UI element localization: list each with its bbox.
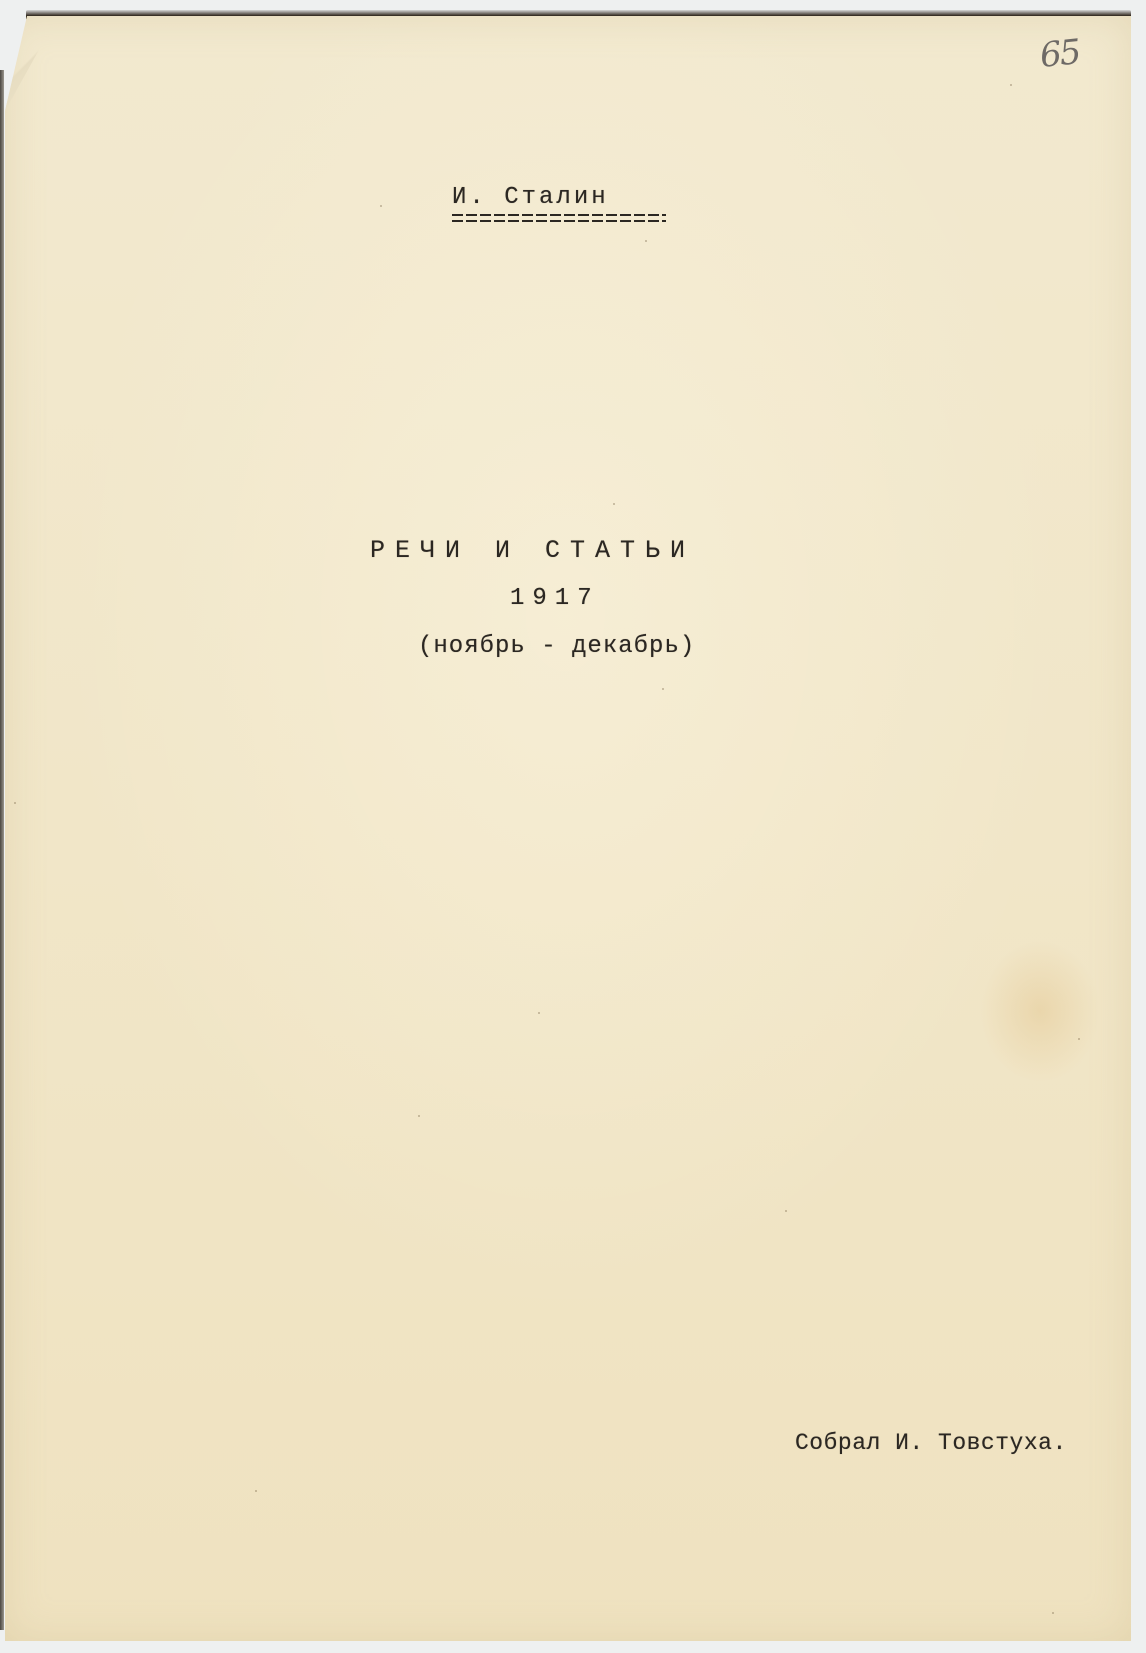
paper-speck — [255, 1490, 257, 1492]
paper-speck — [785, 1210, 787, 1212]
paper-speck — [1052, 1612, 1054, 1614]
compiler-credit: Собрал И. Товстуха. — [795, 1430, 1067, 1456]
author-name: И. Сталин — [452, 184, 609, 211]
paper-sheet — [5, 16, 1131, 1641]
handwritten-page-number: 65 — [1038, 32, 1081, 76]
paper-speck — [662, 688, 664, 690]
paper-speck — [418, 1115, 420, 1117]
document-year: 1917 — [510, 585, 600, 612]
document-period: (ноябрь - декабрь) — [418, 633, 695, 660]
document-title: РЕЧИ И СТАТЬИ — [370, 536, 695, 565]
author-double-underline — [452, 214, 666, 222]
paper-speck — [380, 205, 382, 207]
paper-speck — [1078, 1038, 1080, 1040]
paper-speck — [613, 503, 615, 505]
paper-speck — [645, 240, 647, 242]
paper-speck — [1010, 84, 1012, 86]
left-edge-shadow — [0, 70, 4, 1630]
paper-speck — [538, 1012, 540, 1014]
paper-speck — [14, 802, 16, 804]
scanned-page-view: 65 И. Сталин РЕЧИ И СТАТЬИ 1917 (ноябрь … — [0, 0, 1146, 1653]
